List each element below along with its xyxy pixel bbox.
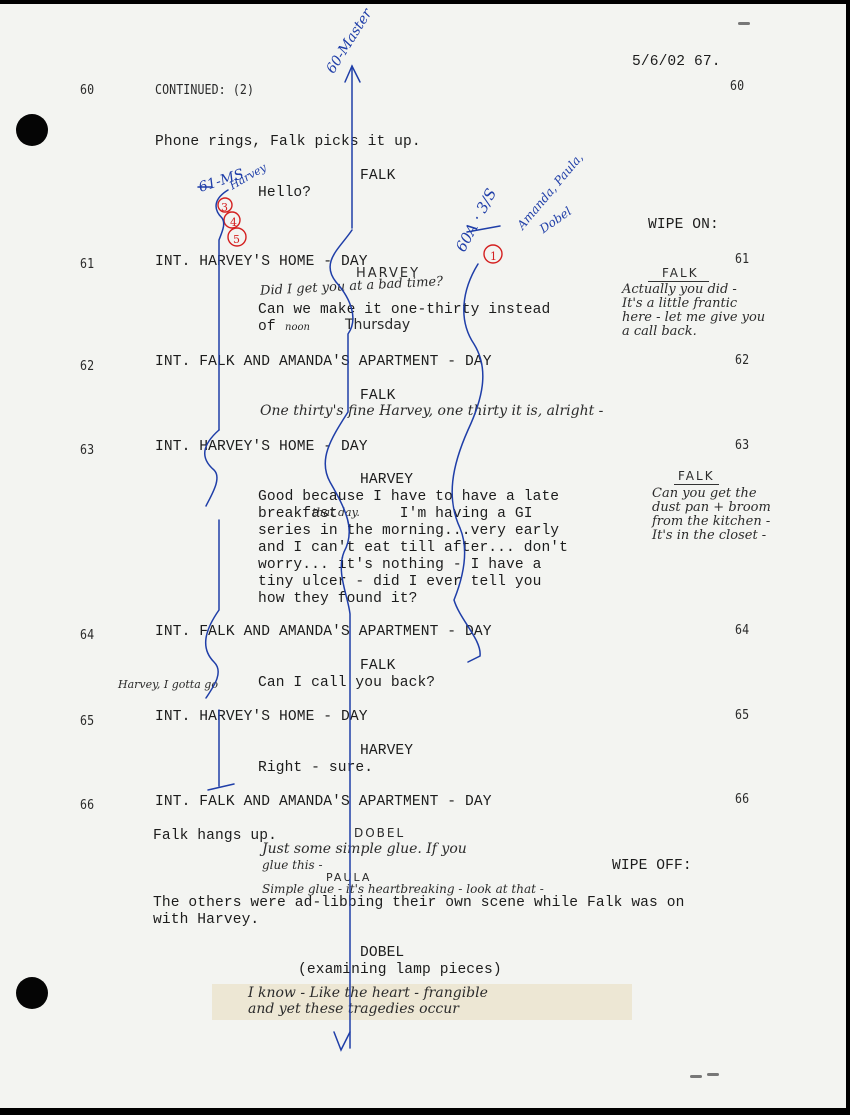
annotation-falk-note: a call back.	[622, 325, 697, 339]
dialogue-line: breakfast I'm having a GI	[258, 506, 533, 523]
dialogue-line: Right - sure.	[258, 760, 373, 777]
character-name: HARVEY	[360, 743, 413, 760]
script-page: 5/6/02 67. 60 CONTINUED: (2) 60 Phone ri…	[0, 4, 846, 1108]
dialogue-line: series in the morning...very early	[258, 523, 559, 540]
scene-number-left: 62	[80, 358, 94, 375]
scene-number-right: 60	[730, 78, 744, 95]
annotation-dobel-line: Just some simple glue. If you	[262, 842, 467, 856]
scene-heading: INT. FALK AND AMANDA'S APARTMENT - DAY	[155, 624, 492, 641]
annotation-falk-note: It's in the closet -	[652, 529, 766, 543]
take-number: 5	[233, 233, 240, 247]
transition-wipe-off: WIPE OFF:	[612, 858, 692, 875]
scene-heading: INT. HARVEY'S HOME - DAY	[155, 439, 368, 456]
scene-number-left: 65	[80, 713, 94, 730]
date-page-number: 5/6/02 67.	[632, 54, 721, 71]
take-number: 1	[490, 250, 497, 264]
annotation-dobel-label: DOBEL	[354, 826, 405, 840]
annotation-shot-60a: 60A · 3/S	[454, 186, 499, 254]
scene-heading: INT. HARVEY'S HOME - DAY	[155, 709, 368, 726]
scene-number-left: 64	[80, 627, 94, 644]
scene-number-left: 61	[80, 256, 94, 273]
scene-heading: INT. HARVEY'S HOME - DAY	[155, 254, 368, 271]
scene-number-right: 64	[735, 622, 749, 639]
character-name: FALK	[360, 168, 395, 185]
dialogue-line: Good because I have to have a late	[258, 489, 559, 506]
continued-label: CONTINUED: (2)	[155, 82, 254, 99]
scene-number-left: 66	[80, 797, 94, 814]
smudge	[690, 1075, 702, 1078]
dialogue-line: worry... it's nothing - I have a	[258, 557, 541, 574]
smudge	[738, 22, 750, 25]
annotation-falk-note: It's a little frantic	[622, 297, 737, 311]
annotation-tape-line: and yet these tragedies occur	[248, 1002, 459, 1016]
dialogue-line: how they found it?	[258, 591, 417, 608]
annotation-harvey-line: Did I get you at a bad time?	[260, 275, 444, 299]
annotation-master: 60-Master	[324, 7, 375, 76]
character-name: HARVEY	[360, 472, 413, 489]
scene-number-right: 61	[735, 251, 749, 268]
smudge	[707, 1073, 719, 1076]
action-line: with Harvey.	[153, 912, 259, 929]
scene-number-right: 66	[735, 791, 749, 808]
annotation-falk-label: FALK	[674, 469, 719, 485]
take-number: 3	[221, 201, 228, 215]
annotation-falk-note: Can you get the	[652, 487, 757, 501]
action-line: The others were ad-libbing their own sce…	[153, 895, 684, 912]
scene-number-left: 63	[80, 442, 94, 459]
annotation-falk-note: dust pan + broom	[652, 501, 771, 515]
annotation-that-day: that day.	[312, 506, 360, 520]
scene-number-right: 65	[735, 707, 749, 724]
scene-number-left: 60	[80, 82, 94, 99]
scene-number-right: 62	[735, 352, 749, 369]
dialogue-line: Hello?	[258, 185, 311, 202]
annotation-dobel-line: glue this -	[262, 858, 323, 872]
annotation-falk-label: FALK	[648, 266, 709, 282]
scene-heading: INT. FALK AND AMANDA'S APARTMENT - DAY	[155, 794, 492, 811]
transition-wipe-on: WIPE ON:	[648, 217, 719, 234]
action-line: Falk hangs up.	[153, 828, 277, 845]
character-name: FALK	[360, 658, 395, 675]
scene-number-right: 63	[735, 437, 749, 454]
annotation-falk-line-62: One thirty's fine Harvey, one thirty it …	[260, 404, 603, 418]
take-number: 4	[230, 216, 237, 230]
scene-heading: INT. FALK AND AMANDA'S APARTMENT - DAY	[155, 354, 492, 371]
action-line: Phone rings, Falk picks it up.	[155, 134, 421, 151]
annotation-falk-note: from the kitchen -	[652, 515, 770, 529]
dialogue-line: Can I call you back?	[258, 675, 435, 692]
annotation-noon: noon	[285, 321, 310, 335]
dialogue-line: and I can't eat till after... don't	[258, 540, 568, 557]
dialogue-line: tiny ulcer - did I ever tell you	[258, 574, 541, 591]
annotation-thursday: Thursday	[345, 318, 410, 332]
annotation-gotta-go: Harvey, I gotta go	[118, 678, 218, 692]
annotation-tape-line: I know - Like the heart - frangible	[248, 986, 488, 1000]
parenthetical: (examining lamp pieces)	[298, 962, 502, 979]
dialogue-line: of	[258, 319, 276, 336]
annotation-falk-note: Actually you did -	[622, 283, 737, 297]
binder-hole	[16, 114, 48, 146]
character-name: DOBEL	[360, 945, 404, 962]
annotation-falk-note: here - let me give you	[622, 311, 765, 325]
annotation-paula-line: Simple glue - it's heartbreaking - look …	[262, 882, 544, 896]
binder-hole	[16, 977, 48, 1009]
